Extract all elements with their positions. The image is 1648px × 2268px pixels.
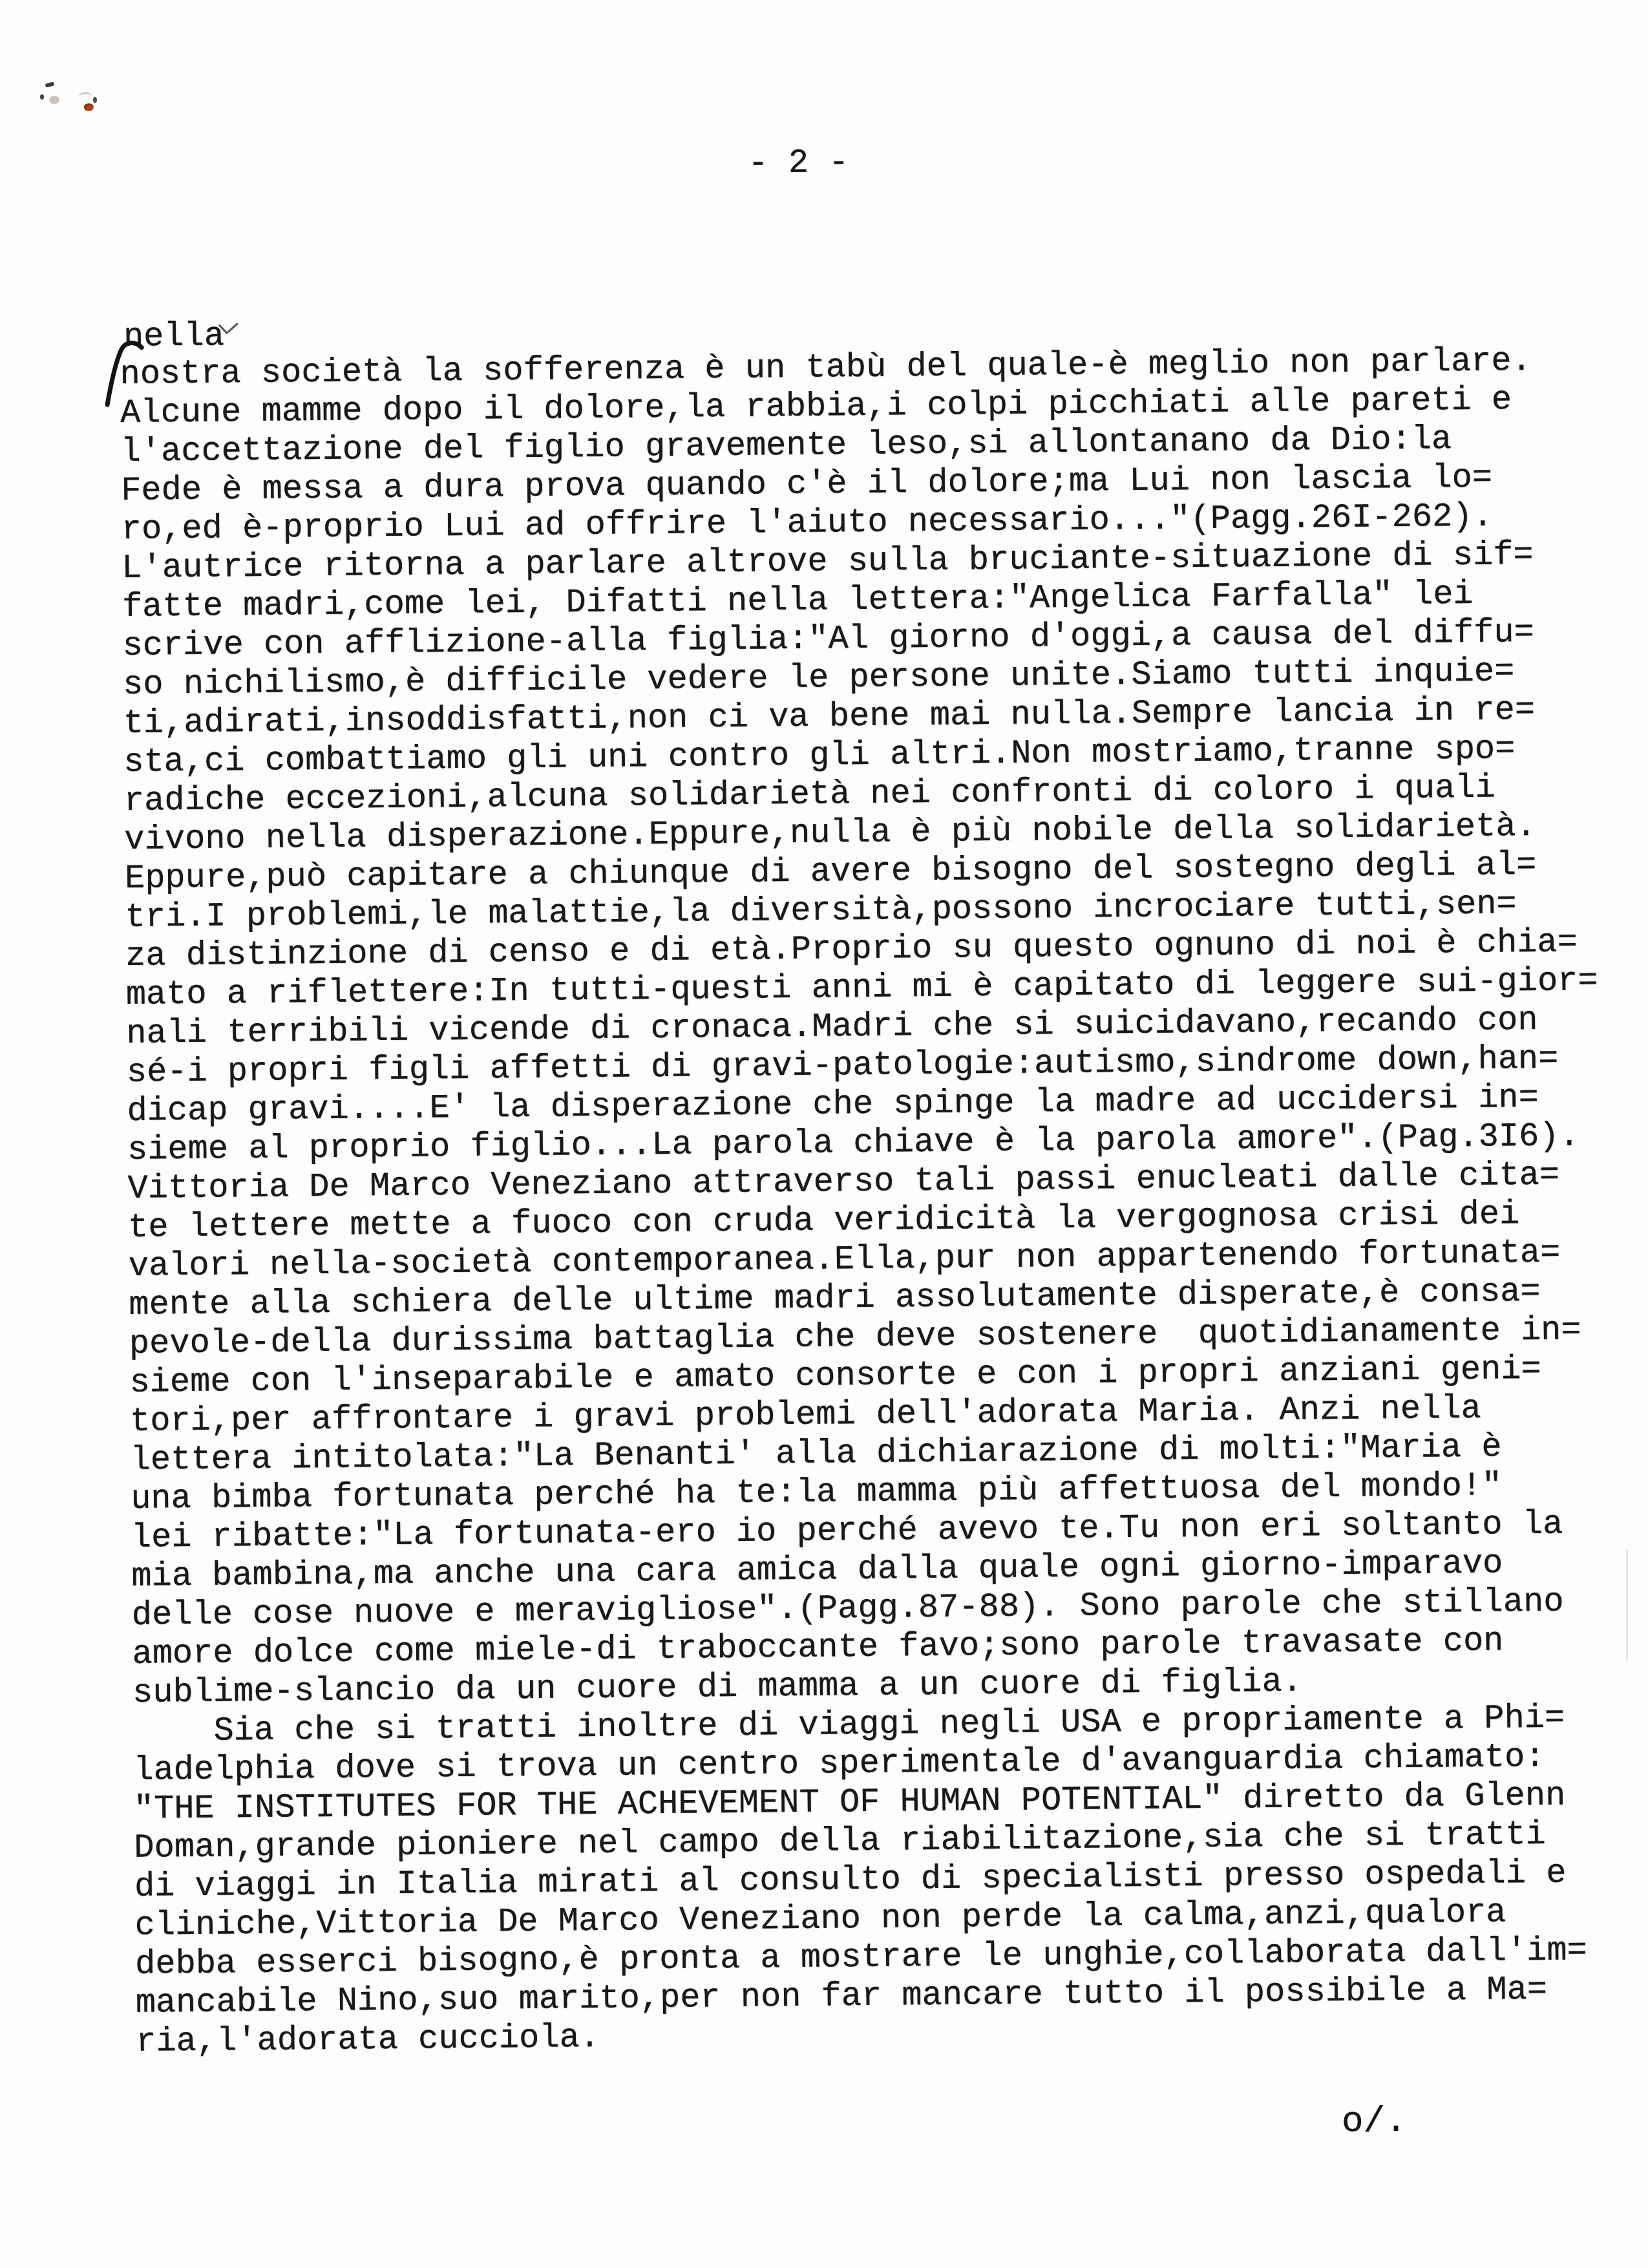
paper-speck xyxy=(45,81,54,87)
page-number: - 2 - xyxy=(748,146,849,180)
paper-speck xyxy=(79,92,92,101)
paper-speck xyxy=(93,97,97,103)
ink-blot xyxy=(84,103,94,111)
checkmark-annotation xyxy=(218,322,240,336)
scanned-page: - 2 - nella nostra società la sofferenza… xyxy=(0,0,1648,2268)
continuation-mark: o/. xyxy=(1342,2102,1407,2141)
paper-speck xyxy=(40,94,44,100)
document-text: nostra società la sofferenza è un tabù d… xyxy=(120,341,1648,2062)
paper-speck xyxy=(49,96,59,104)
typewritten-content: - 2 - nella nostra società la sofferenza… xyxy=(116,0,1648,2268)
